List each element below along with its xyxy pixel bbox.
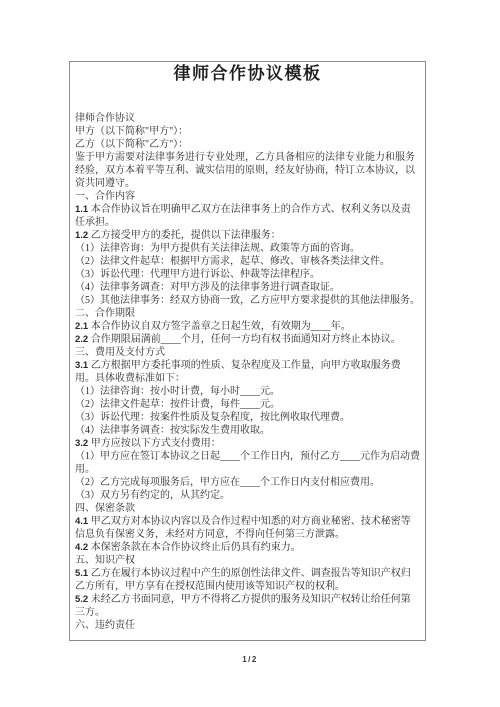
document-line: 2.2 合作期限届满前____个月，任何一方均有权书面通知对方终止本协议。 [75,333,420,346]
document-line: 用。具体收费标准如下： [75,372,420,385]
document-line: 1.2 乙方接受甲方的委托，提供以下法律服务： [75,229,420,242]
document-line: 资共同遵守。 [75,177,420,190]
document-page-frame: 律师合作协议模板 律师合作协议甲方（以下简称"甲方"）：乙方（以下简称"乙方"）… [69,61,426,641]
document-line: 信息负有保密义务，未经对方同意，不得向任何第三方泄露。 [75,528,420,541]
document-line: 1.1 本合作协议旨在明确甲乙双方在法律事务上的合作方式、权利义务以及责 [75,203,420,216]
document-line: 二、合作期限 [75,307,420,320]
document-line: 5.1 乙方在履行本协议过程中产生的原创性法律文件、调查报告等知识产权归 [75,567,420,580]
document-line: 4.2 本保密条款在本合作协议终止后仍具有约束力。 [75,541,420,554]
document-line: （3）诉讼代理：按案件性质及复杂程度，按比例收取代理费。 [75,411,420,424]
document-line: 甲方（以下简称"甲方"）： [75,125,420,138]
document-line: （2）法律文件起草：根据甲方需求，起草、修改、审核各类法律文件。 [75,255,420,268]
document-line: 经验，双方本着平等互利、诚实信用的原则，经友好协商，特订立本协议，以 [75,164,420,177]
document-line: （2）法律文件起草：按件计费，每件____元。 [75,398,420,411]
document-line: 四、保密条款 [75,502,420,515]
document-line: （4）法律事务调查：按实际发生费用收取。 [75,424,420,437]
document-line: 用。 [75,463,420,476]
document-line: 任承担。 [75,216,420,229]
clause-number: 2.2 [75,334,88,345]
document-line: 三方。 [75,606,420,619]
document-line: 鉴于甲方需要对法律事务进行专业处理，乙方具备相应的法律专业能力和服务 [75,151,420,164]
clause-number: 1.1 [75,204,88,215]
document-line: （4）法律事务调查：对甲方涉及的法律事务进行调查取证。 [75,281,420,294]
document-line: 5.2 未经乙方书面同意，甲方不得将乙方提供的服务及知识产权转让给任何第 [75,593,420,606]
document-body: 律师合作协议甲方（以下简称"甲方"）：乙方（以下简称"乙方"）：鉴于甲方需要对法… [70,112,425,632]
document-line: 律师合作协议 [75,112,420,125]
document-line: 乙方所有，甲方享有在授权范围内使用该等知识产权的权利。 [75,580,420,593]
document-line: （1）法律咨询：为甲方提供有关法律法规、政策等方面的咨询。 [75,242,420,255]
document-line: （1）法律咨询：按小时计费，每小时____元。 [75,385,420,398]
document-line: 2.1 本合作协议自双方签字盖章之日起生效，有效期为____年。 [75,320,420,333]
clause-number: 5.2 [75,594,88,605]
clause-number: 3.1 [75,360,88,371]
document-line: 乙方（以下简称"乙方"）： [75,138,420,151]
document-line: 3.2 甲方应按以下方式支付费用： [75,437,420,450]
clause-number: 1.2 [75,230,88,241]
document-title: 律师合作协议模板 [70,64,425,84]
clause-number: 2.1 [75,321,88,332]
document-line: 六、违约责任 [75,619,420,632]
clause-number: 4.1 [75,516,88,527]
document-line: （2）乙方完成每项服务后，甲方应在____个工作日内支付相应费用。 [75,476,420,489]
document-line: （3）双方另有约定的，从其约定。 [75,489,420,502]
document-line: （1）甲方应在签订本协议之日起____个工作日内，预付乙方____元作为启动费 [75,450,420,463]
document-line: 五、知识产权 [75,554,420,567]
page-number: 1/2 [0,655,500,664]
document-line: 一、合作内容 [75,190,420,203]
clause-number: 4.2 [75,542,88,553]
document-line: 三、费用及支付方式 [75,346,420,359]
document-line: （3）诉讼代理：代理甲方进行诉讼、仲裁等法律程序。 [75,268,420,281]
clause-number: 3.2 [75,438,88,449]
document-line: 3.1 乙方根据甲方委托事项的性质、复杂程度及工作量，向甲方收取服务费 [75,359,420,372]
document-line: 4.1 甲乙双方对本协议内容以及合作过程中知悉的对方商业秘密、技术秘密等 [75,515,420,528]
document-line: （5）其他法律事务：经双方协商一致，乙方应甲方要求提供的其他法律服务。 [75,294,420,307]
clause-number: 5.1 [75,568,88,579]
